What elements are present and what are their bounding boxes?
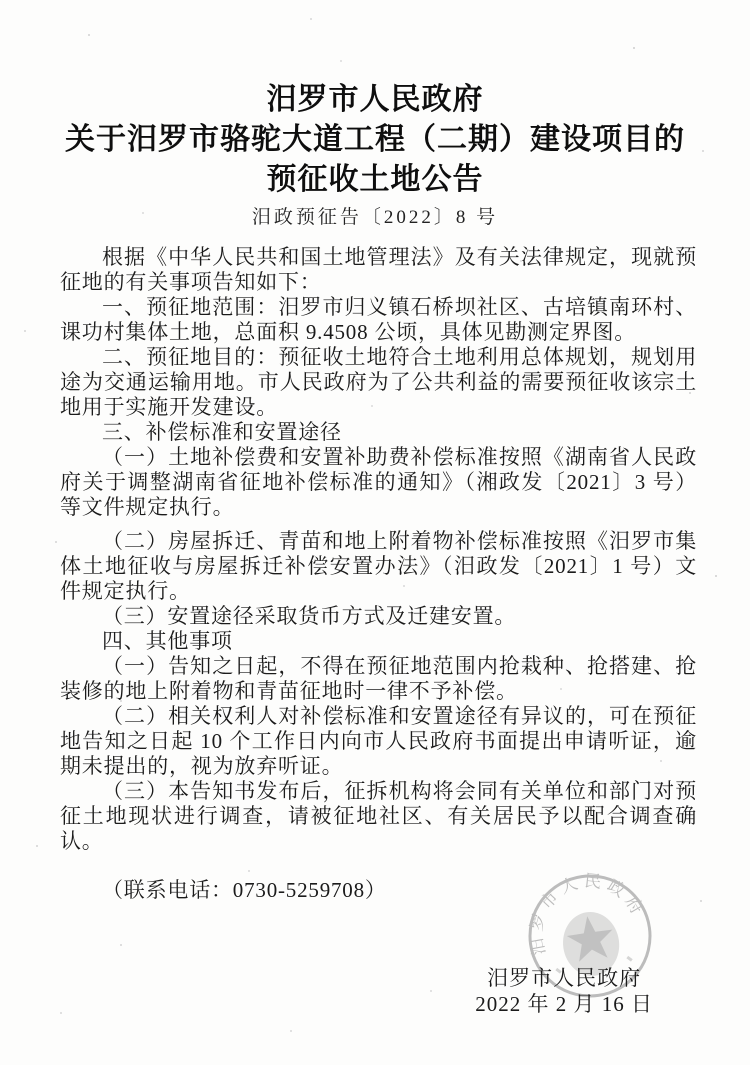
signature-block: 汨罗市人民政府 2022 年 2 月 16 日 bbox=[475, 965, 653, 1017]
paragraph-other-3: （三）本告知书发布后，征拆机构将会同有关单位和部门对预征土地现状进行调查，请被征… bbox=[60, 779, 697, 854]
paragraph-other-2: （二）相关权利人对补偿标准和安置途径有异议的，可在预征地告知之日起 10 个工作… bbox=[60, 704, 697, 779]
paragraph-compensation-1: （一）土地补偿费和安置补助费补偿标准按照《湖南省人民政府关于调整湖南省征地补偿标… bbox=[60, 445, 697, 520]
scanned-document-page: 汨罗市人民政府 关于汨罗市骆驼大道工程（二期）建设项目的 预征收土地公告 汨政预… bbox=[0, 0, 750, 1065]
signature-date: 2022 年 2 月 16 日 bbox=[475, 991, 653, 1017]
paragraph-purpose: 二、预征地目的：预征收土地符合土地利用总体规划，规划用途为交通运输用地。市人民政… bbox=[60, 345, 697, 420]
document-title: 汨罗市人民政府 关于汨罗市骆驼大道工程（二期）建设项目的 预征收土地公告 bbox=[0, 0, 750, 200]
paragraph-compensation-3: （三）安置途径采取货币方式及迁建安置。 bbox=[60, 604, 697, 629]
document-number: 汨政预征告〔2022〕8 号 bbox=[0, 202, 750, 229]
paragraph-scope: 一、预征地范围：汨罗市归义镇石桥坝社区、古培镇南环村、课功村集体土地，总面积 9… bbox=[60, 295, 697, 345]
paragraph-intro: 根据《中华人民共和国土地管理法》及有关法律规定，现就预征地的有关事项告知如下： bbox=[60, 245, 697, 295]
signature-issuer: 汨罗市人民政府 bbox=[487, 965, 641, 991]
paragraph-compensation-2: （二）房屋拆迁、青苗和地上附着物补偿标准按照《汨罗市集体土地征收与房屋拆迁补偿安… bbox=[60, 529, 697, 604]
title-line-1: 汨罗市人民政府 bbox=[0, 80, 750, 120]
scan-noise bbox=[0, 0, 2, 2]
paragraph-compensation-heading: 三、补偿标准和安置途径 bbox=[60, 420, 697, 445]
title-line-2: 关于汨罗市骆驼大道工程（二期）建设项目的 bbox=[0, 120, 750, 160]
paragraph-other-heading: 四、其他事项 bbox=[60, 629, 697, 654]
title-line-3: 预征收土地公告 bbox=[0, 160, 750, 200]
paragraph-other-1: （一）告知之日起，不得在预征地范围内抢栽种、抢搭建、抢装修的地上附着物和青苗征地… bbox=[60, 654, 697, 704]
